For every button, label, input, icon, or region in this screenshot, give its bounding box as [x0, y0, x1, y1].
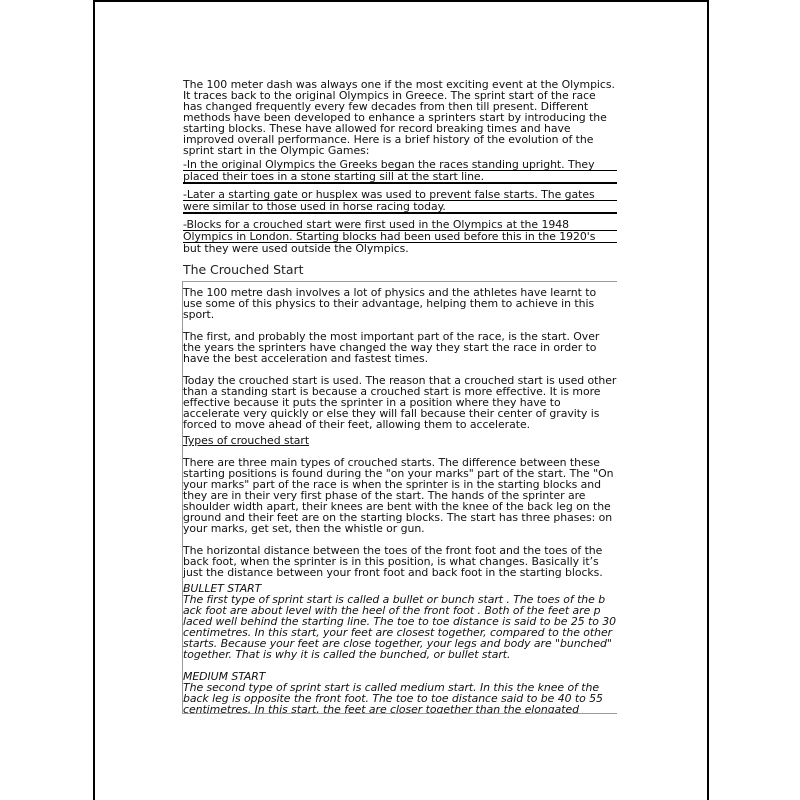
section-paragraph: There are three main types of crouched s…	[183, 457, 617, 534]
history-rule	[183, 213, 617, 214]
history-line: were similar to those used in horse raci…	[183, 201, 617, 213]
document-content: The 100 meter dash was always one if the…	[183, 79, 617, 714]
section-paragraph: The first, and probably the most importa…	[183, 331, 617, 364]
bullet-start-text: The first type of sprint start is called…	[183, 594, 617, 660]
bullet-start-block: BULLET START The first type of sprint st…	[183, 583, 617, 660]
history-line: -Later a starting gate or husplex was us…	[183, 189, 617, 201]
medium-start-text: The second type of sprint start is calle…	[183, 682, 617, 714]
section-paragraph: The 100 metre dash involves a lot of phy…	[183, 287, 617, 320]
types-subheading: Types of crouched start	[183, 435, 617, 446]
history-rule	[183, 183, 617, 184]
medium-start-block: MEDIUM START The second type of sprint s…	[183, 671, 617, 714]
history-line: -In the original Olympics the Greeks beg…	[183, 159, 617, 171]
crouched-start-section: The 100 metre dash involves a lot of phy…	[182, 281, 617, 714]
history-item-greeks: -In the original Olympics the Greeks beg…	[183, 159, 617, 254]
history-line: placed their toes in a stone starting si…	[183, 171, 617, 183]
history-line: -Blocks for a crouched start were first …	[183, 219, 617, 231]
section-paragraph: The horizontal distance between the toes…	[183, 545, 617, 578]
history-line: but they were used outside the Olympics.	[183, 243, 617, 254]
intro-paragraph: The 100 meter dash was always one if the…	[183, 79, 617, 156]
section-title: The Crouched Start	[183, 263, 617, 277]
section-paragraph: Today the crouched start is used. The re…	[183, 375, 617, 430]
